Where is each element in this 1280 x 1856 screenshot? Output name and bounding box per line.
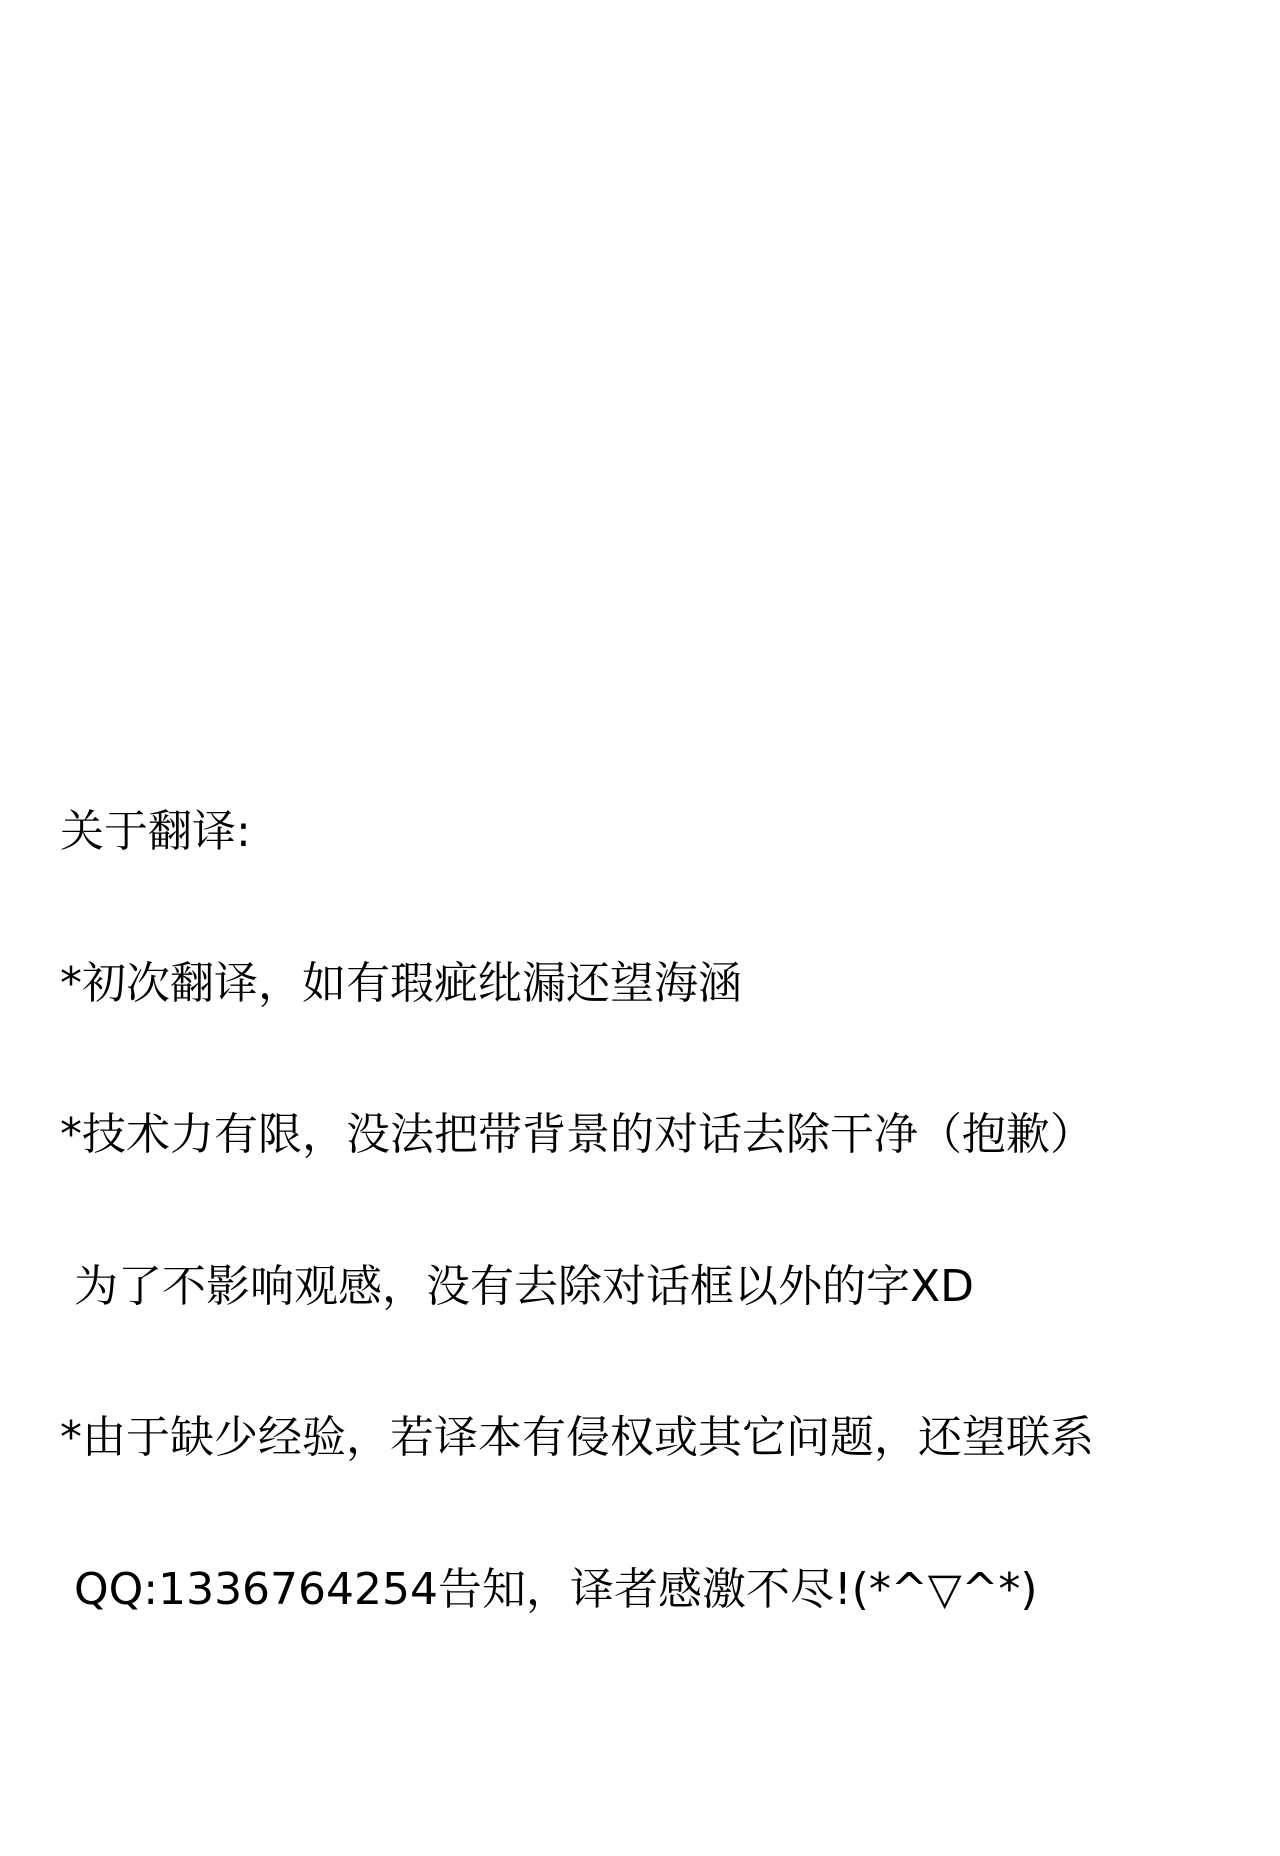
note-line-contact-request: *由于缺少经验，若译本有侵权或其它问题，还望联系	[60, 1413, 1094, 1464]
translator-note: 关于翻译: *初次翻译，如有瑕疵纰漏还望海涵 *技术力有限，没法把带背景的对话去…	[60, 706, 1094, 1666]
note-line-technical-limits: *技术力有限，没法把带背景的对话去除干净（抱歉）	[60, 1110, 1094, 1161]
note-line-dialog-text-kept: 为了不影响观感，没有去除对话框以外的字XD	[60, 1262, 1094, 1313]
note-title: 关于翻译:	[60, 807, 1094, 858]
note-line-qq-contact: QQ:1336764254告知，译者感激不尽!(*^▽^*)	[60, 1565, 1094, 1616]
note-line-first-translation: *初次翻译，如有瑕疵纰漏还望海涵	[60, 959, 1094, 1010]
